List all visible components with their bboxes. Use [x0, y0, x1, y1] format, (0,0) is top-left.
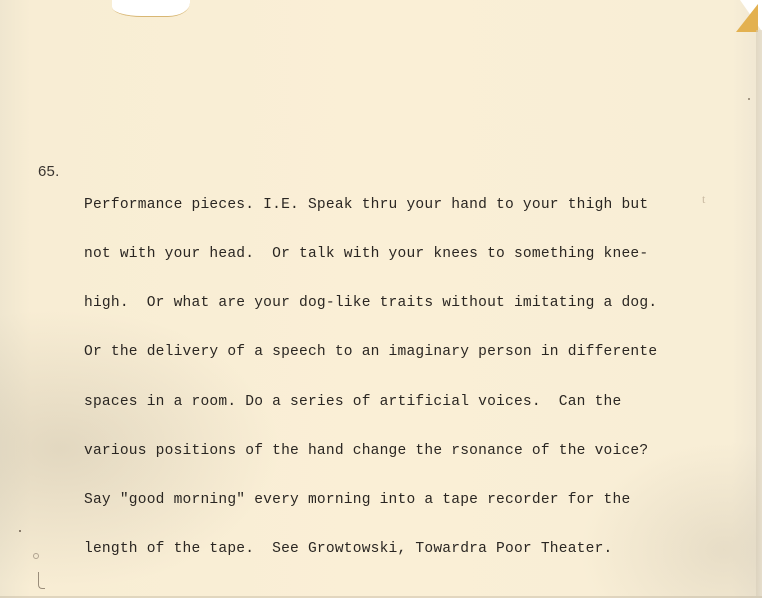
- pencil-mark: [38, 572, 45, 589]
- torn-edge: [112, 0, 190, 17]
- entry-line: spaces in a room. Do a series of artific…: [84, 394, 657, 410]
- entry-line: Or the delivery of a speech to an imagin…: [84, 344, 657, 360]
- ink-speck: [19, 530, 21, 532]
- ink-speck: [748, 98, 750, 100]
- entry-line: length of the tape. See Growtowski, Towa…: [84, 541, 657, 557]
- note-entry: 65. Performance pieces. I.E. Speak thru …: [38, 164, 657, 590]
- entry-text: Performance pieces. I.E. Speak thru your…: [84, 164, 657, 590]
- entry-line: Say "good morning" every morning into a …: [84, 492, 657, 508]
- entry-number: 65.: [38, 164, 84, 590]
- entry-line: high. Or what are your dog-like traits w…: [84, 295, 657, 311]
- entry-line: Performance pieces. I.E. Speak thru your…: [84, 197, 657, 213]
- entry-line: not with your head. Or talk with your kn…: [84, 246, 657, 262]
- pencil-mark: [33, 553, 39, 559]
- entry-line: various positions of the hand change the…: [84, 443, 657, 459]
- margin-annotation: t: [702, 192, 705, 207]
- paper-sheet: 65. Performance pieces. I.E. Speak thru …: [0, 0, 762, 598]
- paper-edge-shadow: [756, 30, 762, 596]
- folded-corner: [736, 4, 758, 32]
